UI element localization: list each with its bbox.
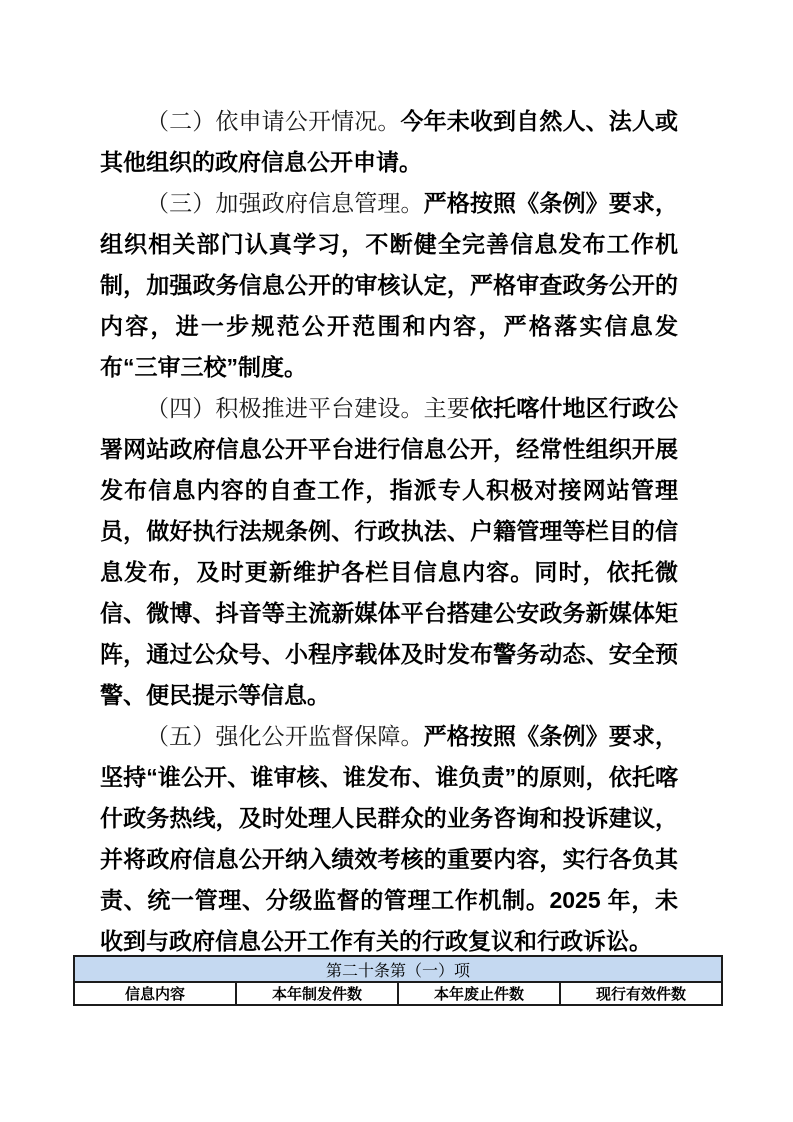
paragraph: （二）依申请公开情况。今年未收到自然人、法人或其他组织的政府信息公开申请。 (100, 101, 678, 183)
table-title-row: 第二十条第（一）项 (74, 956, 722, 982)
paragraph-body: 严格按照《条例》要求，组织相关部门认真学习，不断健全完善信息发布工作机制，加强政… (100, 190, 678, 380)
table-header-cell-info-content: 信息内容 (74, 982, 236, 1005)
table-header-cell-issued-this-year: 本年制发件数 (236, 982, 398, 1005)
paragraph: （四）积极推进平台建设。主要依托喀什地区行政公署网站政府信息公开平台进行信息公开… (100, 388, 678, 716)
paragraph-body: 严格按照《条例》要求，坚持“谁公开、谁审核、谁发布、谁负责”的原则，依托喀什政务… (100, 723, 678, 954)
paragraph-lead: （二）依申请公开情况。 (146, 109, 401, 134)
document-page: （二）依申请公开情况。今年未收到自然人、法人或其他组织的政府信息公开申请。 （三… (0, 0, 793, 1122)
paragraph-lead: （四）积极推进平台建设。主要 (146, 396, 470, 421)
paragraph: （五）强化公开监督保障。严格按照《条例》要求，坚持“谁公开、谁审核、谁发布、谁负… (100, 716, 678, 962)
paragraph-lead: （三）加强政府信息管理。 (146, 191, 424, 216)
paragraph-lead: （五）强化公开监督保障。 (146, 724, 424, 749)
document-body: （二）依申请公开情况。今年未收到自然人、法人或其他组织的政府信息公开申请。 （三… (100, 101, 678, 1016)
table-title-cell: 第二十条第（一）项 (74, 956, 722, 982)
table-header-cell-currently-effective: 现行有效件数 (560, 982, 722, 1005)
disclosure-table: 第二十条第（一）项 信息内容 本年制发件数 本年废止件数 现行有效件数 (73, 955, 723, 1006)
table-header-cell-repealed-this-year: 本年废止件数 (398, 982, 560, 1005)
table-header-row: 信息内容 本年制发件数 本年废止件数 现行有效件数 (74, 982, 722, 1005)
paragraph-body: 依托喀什地区行政公署网站政府信息公开平台进行信息公开，经常性组织开展发布信息内容… (100, 395, 678, 708)
paragraph: （三）加强政府信息管理。严格按照《条例》要求，组织相关部门认真学习，不断健全完善… (100, 183, 678, 388)
